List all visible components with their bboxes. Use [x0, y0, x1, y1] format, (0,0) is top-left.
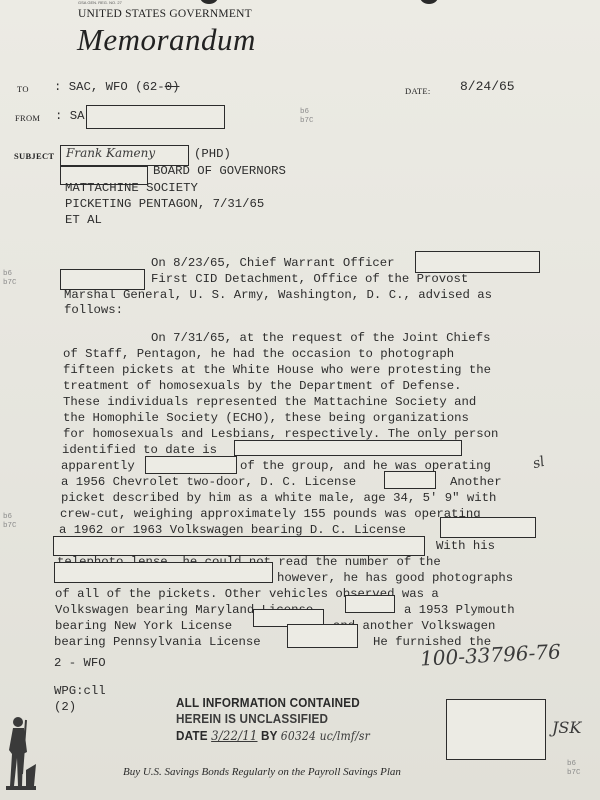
body-line: treatment of homosexuals by the Departme… — [63, 379, 461, 395]
to-text: : SAC, WFO (62- — [54, 80, 165, 94]
body-line: picket described by him as a white male,… — [61, 491, 496, 507]
redaction-box — [446, 699, 546, 760]
redaction-box — [415, 251, 540, 273]
redaction-box — [53, 536, 425, 556]
exemption-b6: b6 — [300, 108, 314, 117]
body-line: of the group, and he was operating — [240, 459, 491, 475]
exemption-b7c: b7C — [300, 117, 314, 126]
to-value: : SAC, WFO (62-0) — [54, 80, 179, 96]
declass-stamp-line: HEREIN IS UNCLASSIFIED — [176, 711, 328, 726]
from-label: FROM — [15, 113, 40, 123]
from-value: : SA — [55, 109, 85, 125]
body-line: bearing New York License — [55, 619, 232, 635]
redaction-box — [440, 517, 536, 538]
date-label: DATE: — [405, 86, 431, 96]
stamp-signature: 60324 uc/lmf/sr — [281, 729, 370, 743]
body-line: of Staff, Pentagon, he had the occasion … — [63, 347, 454, 363]
handwritten-subject-name: Frank Kameny — [66, 146, 155, 160]
body-line: On 7/31/65, at the request of the Joint … — [151, 331, 490, 347]
stamp-date: 3/22/11 — [211, 729, 257, 744]
declass-stamp-date: DATE 3/22/11 BY 60324 uc/lmf/sr — [176, 728, 370, 744]
copy-count: (2) — [54, 700, 76, 716]
exemption-b7c: b7C — [567, 769, 581, 778]
body-line: Marshal General, U. S. Army, Washington,… — [64, 288, 492, 304]
redaction-box — [54, 562, 273, 583]
struck-text: 0) — [165, 80, 180, 94]
body-line: With his — [436, 539, 495, 555]
body-line: a 1953 Plymouth — [404, 603, 515, 619]
body-line: These individuals represented the Mattac… — [63, 395, 476, 411]
stamp-by: BY — [261, 728, 277, 743]
signature: JSK — [552, 718, 581, 737]
body-line: crew-cut, weighing approximately 155 pou… — [60, 507, 481, 523]
body-line: Another — [450, 475, 502, 491]
form-code: GSA GEN. REG. NO. 27 — [78, 0, 122, 5]
subject-line: PICKETING PENTAGON, 7/31/65 — [65, 197, 264, 213]
subject-line: ET AL — [65, 213, 102, 229]
memorandum-page: GSA GEN. REG. NO. 27 UNITED STATES GOVER… — [0, 0, 600, 800]
body-line: fifteen pickets at the White House who w… — [63, 363, 491, 379]
body-line: bearing Pennsylvania License — [54, 635, 261, 651]
redaction-box — [345, 595, 395, 613]
redaction-box — [287, 624, 358, 648]
body-line: the Homophile Society (ECHO), these bein… — [63, 411, 469, 427]
exemption-codes: b6b7C — [3, 270, 17, 288]
exemption-codes: b6b7C — [567, 760, 581, 778]
document-title: Memorandum — [77, 22, 256, 58]
exemption-b7c: b7C — [3, 279, 17, 288]
margin-initials: sl — [531, 454, 546, 472]
redaction-box — [86, 105, 225, 129]
date-value: 8/24/65 — [460, 79, 515, 95]
agency-name: UNITED STATES GOVERNMENT — [78, 8, 252, 20]
punch-hole — [420, 0, 438, 4]
subject-line: BOARD OF GOVERNORS — [153, 164, 286, 180]
exemption-b7c: b7C — [3, 522, 17, 531]
typist-initials: WPG:cll — [54, 684, 106, 700]
body-line: apparently — [61, 459, 135, 475]
minuteman-icon — [4, 714, 40, 794]
exemption-b6: b6 — [3, 270, 17, 279]
punch-hole — [200, 0, 218, 4]
exemption-codes: b6b7C — [3, 513, 17, 531]
redaction-box — [234, 440, 462, 456]
subject-line: MATTACHINE SOCIETY — [65, 181, 198, 197]
redaction-box — [384, 471, 436, 489]
body-line: however, he has good photographs — [277, 571, 513, 587]
to-label: TO — [17, 84, 29, 94]
body-line: a 1956 Chevrolet two-door, D. C. License — [61, 475, 356, 491]
exemption-b6: b6 — [567, 760, 581, 769]
exemption-b6: b6 — [3, 513, 17, 522]
stamp-date-label: DATE — [176, 728, 208, 743]
body-line: follows: — [64, 303, 123, 319]
exemption-codes: b6b7C — [300, 108, 314, 126]
copies-note: 2 - WFO — [54, 656, 106, 672]
body-line: On 8/23/65, Chief Warrant Officer — [151, 256, 395, 272]
redaction-box — [60, 269, 145, 290]
subject-line: (PHD) — [194, 147, 231, 163]
redaction-box — [145, 456, 237, 474]
body-line: First CID Detachment, Office of the Prov… — [151, 272, 468, 288]
subject-label: SUBJECT — [14, 151, 54, 161]
declass-stamp-line: ALL INFORMATION CONTAINED — [176, 695, 360, 710]
savings-bonds-slogan: Buy U.S. Savings Bonds Regularly on the … — [123, 766, 401, 778]
